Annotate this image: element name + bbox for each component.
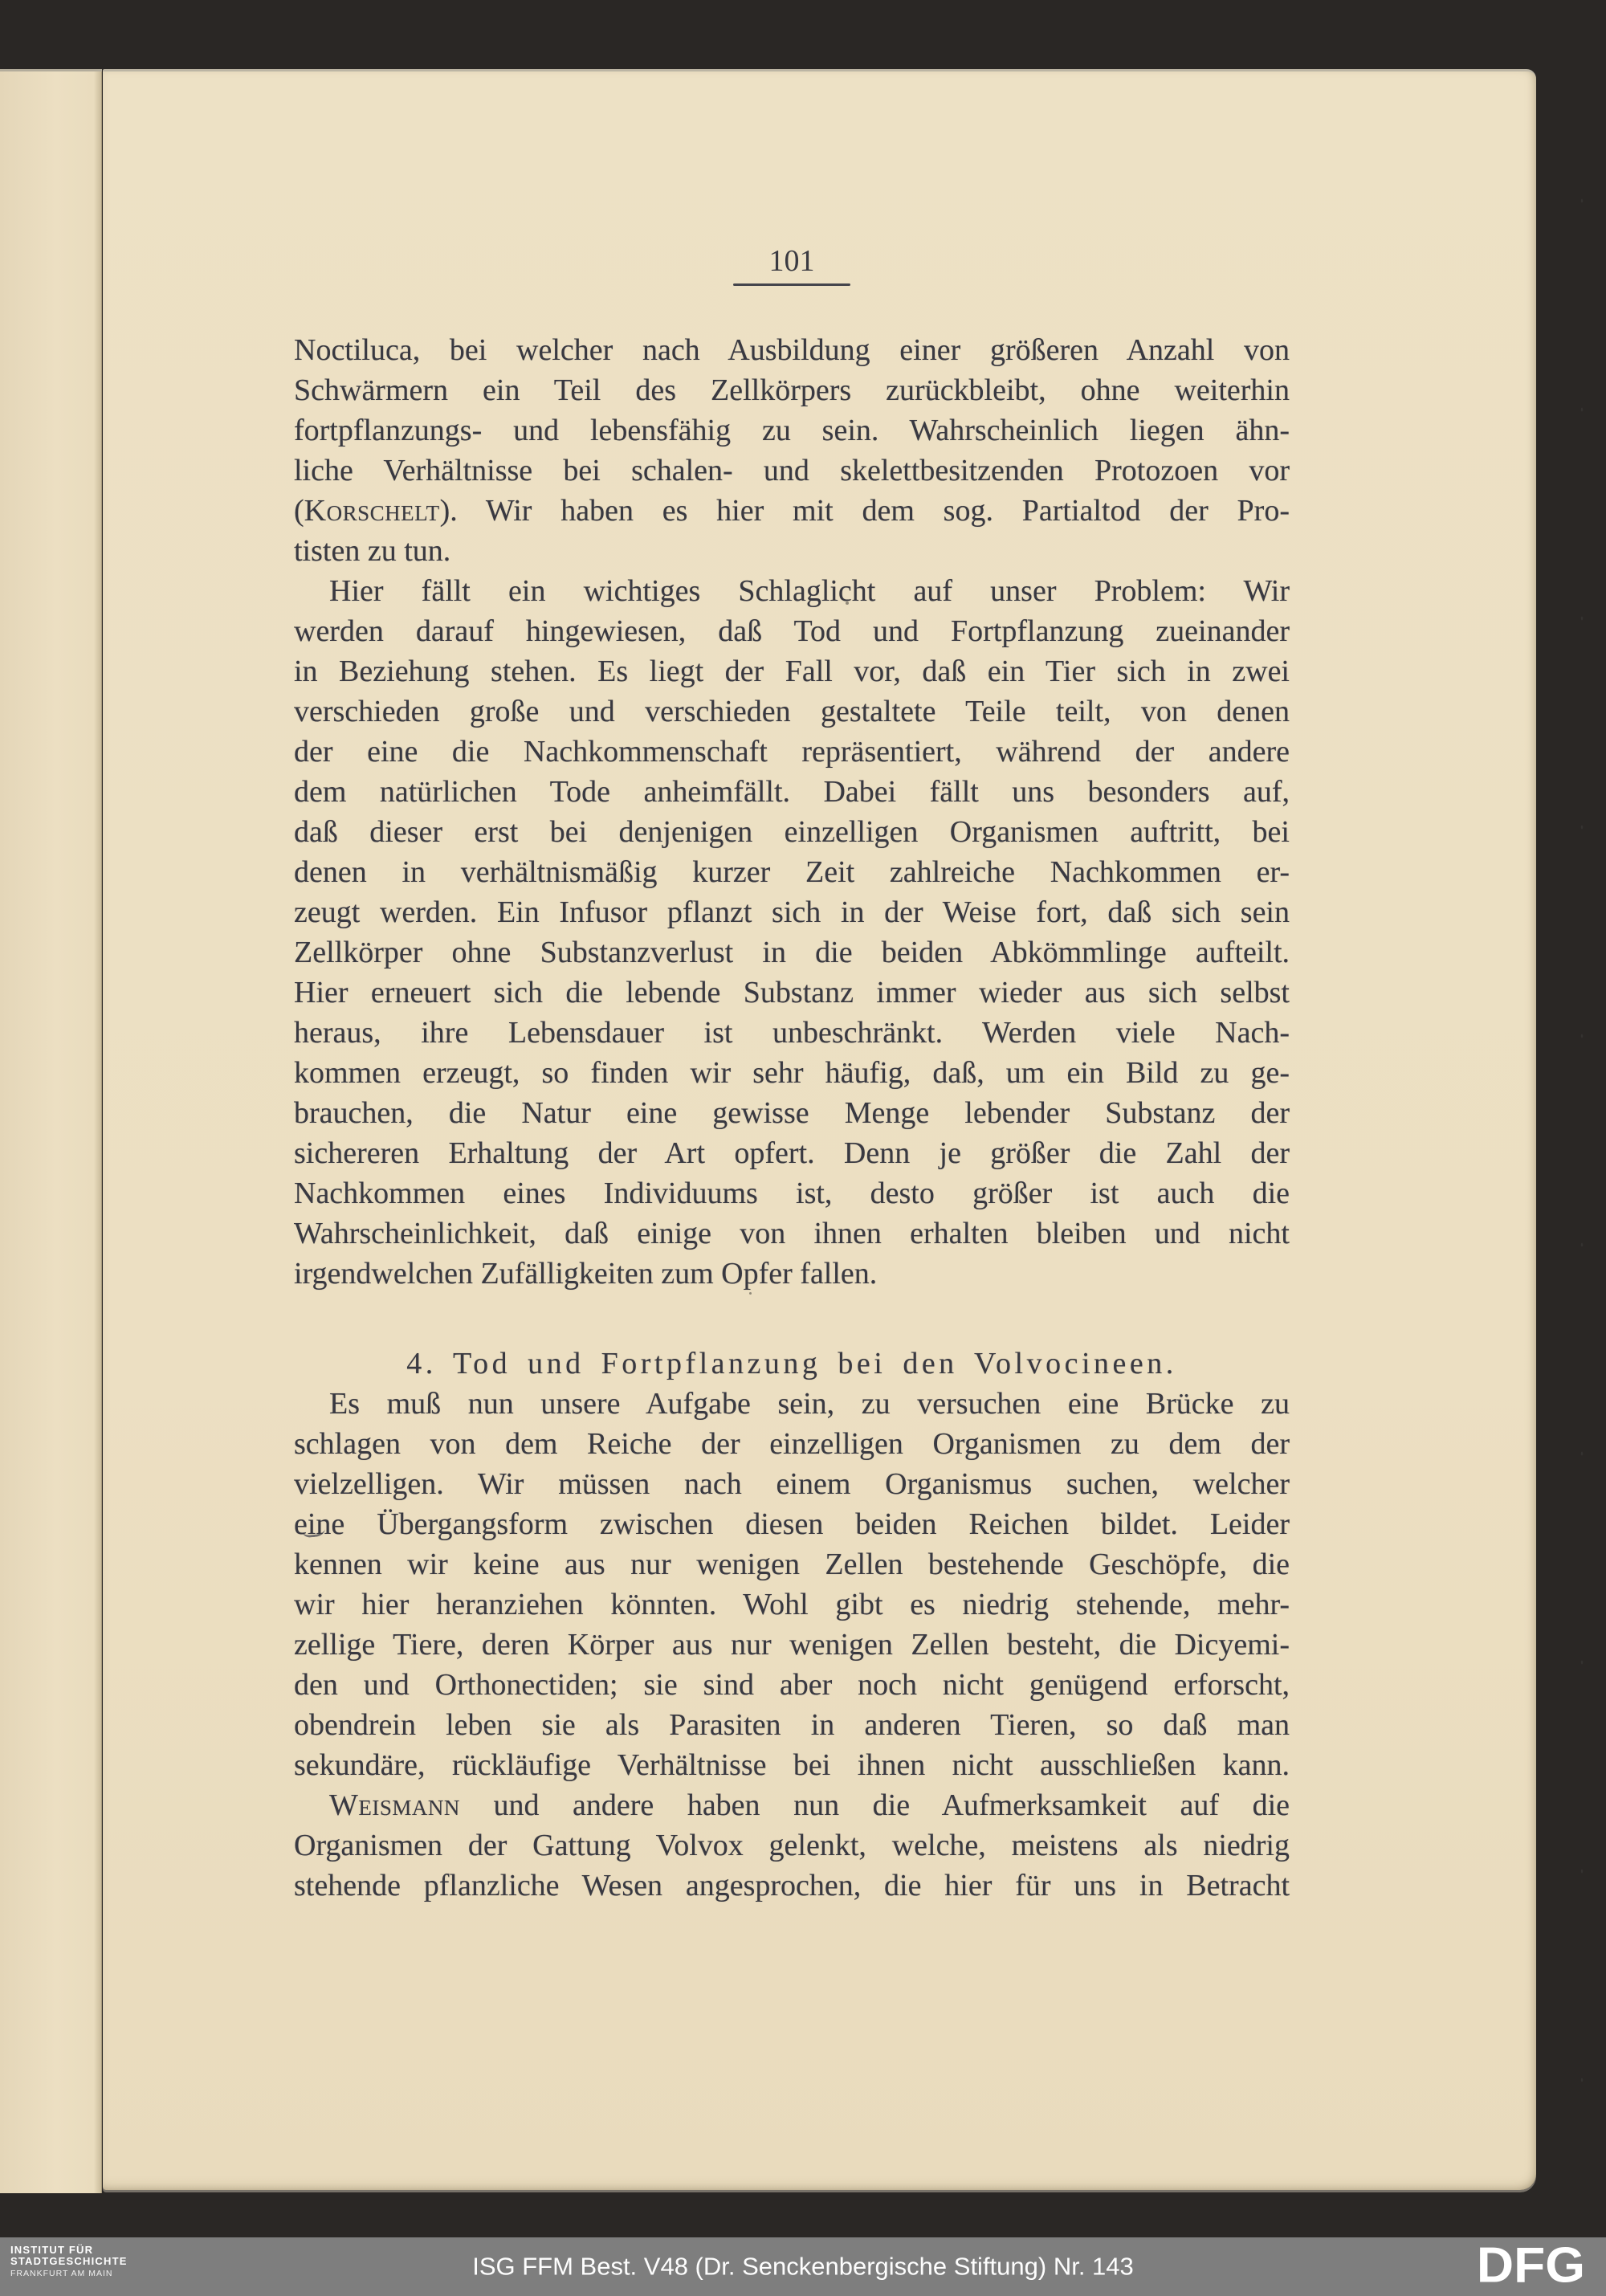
text-line: (Korschelt). Wir haben es hier mit dem s… [294,491,1290,531]
text-line: obendrein leben sie als Parasiten in and… [294,1705,1290,1745]
text-line: vielzelligen. Wir müssen nach einem Orga… [294,1464,1290,1504]
text-line: brauchen, die Natur eine gewisse Menge l… [294,1093,1290,1133]
text-line: heraus, ihre Lebensdauer ist unbeschränk… [294,1013,1290,1053]
text-line: daß dieser erst bei denjenigen einzellig… [294,812,1290,852]
text-line: Schwärmern ein Teil des Zellkörpers zurü… [294,370,1290,410]
text-line: Nachkommen eines Individuums ist, desto … [294,1173,1290,1213]
text-line: den und Orthonectiden; sie sind aber noc… [294,1665,1290,1705]
text-line: werden darauf hingewiesen, daß Tod und F… [294,611,1290,651]
text-line: in Beziehung stehen. Es liegt der Fall v… [294,651,1290,691]
page-number: 101 [294,243,1290,286]
book-gutter-page-edge [0,69,102,2193]
book-page: 101 Noctiluca, bei welcher nach Ausbildu… [103,69,1536,2190]
text-line: Weismann und andere haben nun die Aufmer… [294,1785,1290,1825]
text-line: zeugt werden. Ein Infusor pflanzt sich i… [294,892,1290,932]
text-line: denen in verhältnismäßig kurzer Zeit zah… [294,852,1290,892]
text-line: sekundäre, rückläufige Verhältnisse bei … [294,1745,1290,1785]
text-line: Wahrscheinlichkeit, daß einige von ihnen… [294,1213,1290,1254]
text-line: stehende pflanzliche Wesen angesprochen,… [294,1866,1290,1906]
small-caps-name: Weismann [329,1788,460,1822]
text-line: sichereren Erhaltung der Art opfert. Den… [294,1133,1290,1173]
text-line: verschieden große und verschieden gestal… [294,691,1290,732]
text-line: kommen erzeugt, so finden wir sehr häufi… [294,1053,1290,1093]
archive-footer-bar: INSTITUT FÜR STADTGESCHICHTE FRANKFURT A… [0,2237,1606,2296]
page-number-value: 101 [769,244,815,278]
text-line: wir hier heranziehen könnten. Wohl gibt … [294,1584,1290,1625]
text-line: dem natürlichen Tode anheimfällt. Dabei … [294,772,1290,812]
text-line: Es muß nun unsere Aufgabe sein, zu versu… [294,1384,1290,1424]
paper-speck [846,602,849,605]
text-line: Noctiluca, bei welcher nach Ausbildung e… [294,330,1290,370]
text-line: der eine die Nachkommenschaft repräsenti… [294,732,1290,772]
text-line: Hier erneuert sich die lebende Substanz … [294,973,1290,1013]
text-line: fortpflanzungs- und lebensfähig zu sein.… [294,410,1290,451]
text-line: liche Verhältnisse bei schalen- und skel… [294,451,1290,491]
text-line: zellige Tiere, deren Körper aus nur weni… [294,1625,1290,1665]
scanned-document-view: 101 Noctiluca, bei welcher nach Ausbildu… [0,0,1606,2296]
archive-reference: ISG FFM Best. V48 (Dr. Senckenbergische … [0,2252,1606,2281]
text-line: irgendwelchen Zufälligkeiten zum Opfer f… [294,1254,1290,1294]
text-line: Zellkörper ohne Substanzverlust in die b… [294,932,1290,973]
page-number-rule [733,283,850,286]
section-heading: 4. Tod und Fortpflanzung bei den Volvoci… [294,1344,1290,1384]
text-line: eine Übergangsform zwischen diesen beide… [294,1504,1290,1544]
paper-speck [749,1292,752,1295]
text-line: Organismen der Gattung Volvox gelenkt, w… [294,1825,1290,1866]
small-caps-name: Korschelt [304,494,440,528]
text-line: schlagen von dem Reiche der einzelligen … [294,1424,1290,1464]
text-line: kennen wir keine aus nur wenigen Zellen … [294,1544,1290,1584]
text-line: tisten zu tun. [294,531,1290,571]
text-line: Hier fällt ein wichtiges Schlaglicht auf… [294,571,1290,611]
page-text-block: Noctiluca, bei welcher nach Ausbildung e… [294,330,1290,1906]
dfg-logo: DFG [1477,2236,1585,2294]
